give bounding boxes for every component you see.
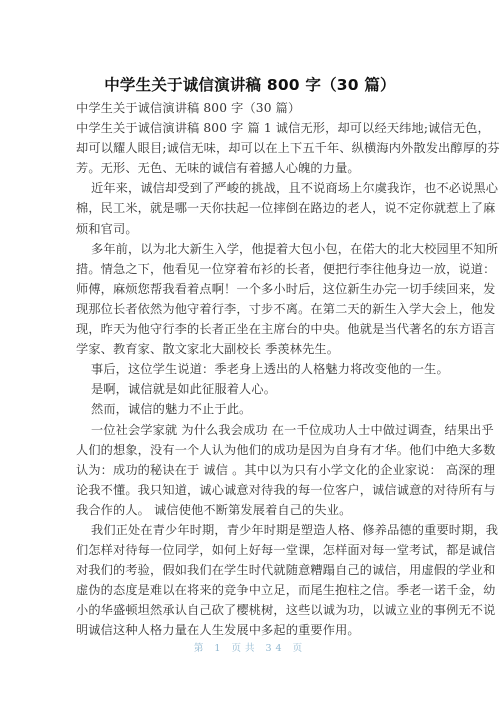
text-line: 现那位长者依然为他守着行李，寸步不离。在第二天的新生入学大会上，他发 [76, 299, 428, 319]
text-line: 棉，民工米，就是哪一天你扶起一位摔倒在路边的老人，说不定你就惹上了麻 [76, 198, 428, 218]
text-line: 明诚信这种人格力量在人生发展中多起的重要作用。 [76, 620, 428, 640]
text-line: 中学生关于诚信演讲稿 800 字 篇 1 诚信无形，却可以经天纬地;诚信无色， [76, 118, 428, 138]
text-line: 学家、教育家、散文家北大副校长 季羡林先生。 [76, 339, 428, 359]
text-line: 芳。无形、无色、无味的诚信有着撼人心魄的力量。 [76, 158, 428, 178]
paragraph-start-line: 我们正处在青少年时期，青少年时期是塑造人格、修养品德的重要时期，我 [76, 520, 428, 540]
text-line: 现，昨天为他守行李的长者正坐在主席台的中央。他就是当代著名的东方语言 [76, 319, 428, 339]
paragraph-start-line: 然而，诚信的魅力不止于此。 [76, 399, 428, 419]
text-line: 认为：成功的秘诀在于 诚信 。其中以为只有小学文化的企业家说： 高深的理 [76, 460, 428, 480]
paragraph-start-line: 多年前，以为北大新生入学，他提着大包小包，在偌大的北大校园里不知所 [76, 239, 428, 259]
document-body: 中学生关于诚信演讲稿 800 字（30 篇） 中学生关于诚信演讲稿 800 字 … [76, 98, 428, 641]
paragraph-start-line: 是啊，诚信就是如此征服着人心。 [76, 379, 428, 399]
text-line: 人们的想象，没有一个人认为他们的成功是因为自身有才华。他们中绝大多数 [76, 440, 428, 460]
text-line: 论我不懂。我只知道，诚心诚意对待我的每一位客户，诚信诚意的对待所有与 [76, 480, 428, 500]
paragraph-start-line: 近年来，诚信却受到了严峻的挑战，且不说商场上尔虞我诈，也不必说黑心 [76, 178, 428, 198]
text-line: 我合作的人。 诚信使他不断第发展着自己的失业。 [76, 500, 428, 520]
document-page: 中学生关于诚信演讲稿 800 字（30 篇） 中学生关于诚信演讲稿 800 字（… [0, 0, 500, 707]
text-line: 中学生关于诚信演讲稿 800 字（30 篇） [76, 98, 428, 118]
page-number-footer: 第 1 页共 34 页 [0, 640, 500, 654]
paragraph-start-line: 一位社会学家就 为什么我会成功 在一千位成功人士中做过调查，结果出乎 [76, 420, 428, 440]
document-title: 中学生关于诚信演讲稿 800 字（30 篇） [0, 73, 500, 95]
paragraph-start-line: 事后，这位学生说道：季老身上透出的人格魅力将改变他的一生。 [76, 359, 428, 379]
text-line: 师傅，麻烦您帮我看着点啊！一个多小时后，这位新生办完一切手续回来，发 [76, 279, 428, 299]
text-line: 们怎样对待每一位同学，如何上好每一堂课，怎样面对每一堂考试，都是诚信 [76, 540, 428, 560]
text-line: 对我们的考验，假如我们在学生时代就随意糟蹋自己的诚信，用虚假的学业和 [76, 560, 428, 580]
text-line: 小的华盛顿坦然承认自己砍了樱桃树，这些以诚为功，以诚立业的事例无不说 [76, 600, 428, 620]
text-line: 却可以耀人眼目;诚信无味，却可以在上下五千年、纵横海内外散发出醇厚的芬 [76, 138, 428, 158]
text-line: 烦和官司。 [76, 219, 428, 239]
text-line: 虚伪的态度是难以在将来的竞争中立足，而尾生抱柱之信。季老一诺千金，幼 [76, 580, 428, 600]
text-line: 措。情急之下，他看见一位穿着布衫的长者，便把行李往他身边一放，说道： [76, 259, 428, 279]
